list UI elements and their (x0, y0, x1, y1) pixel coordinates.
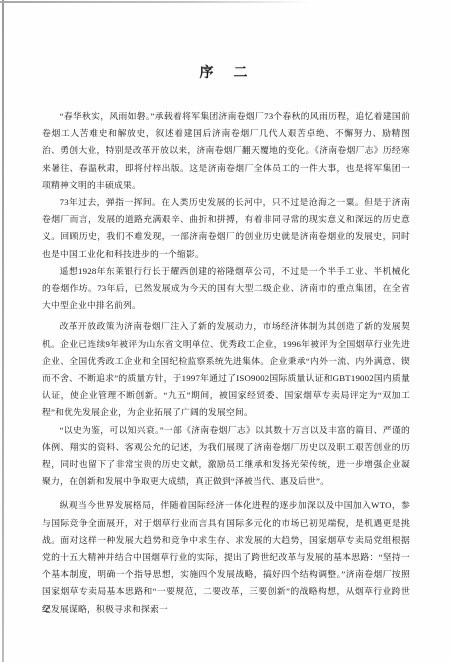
paragraph: 纵观当今世界发展格局，伴随着国际经济一体化进程的逐步加深以及中国加入WTO，参与… (42, 497, 410, 617)
scanned-book-page: { "page": { "title": "序 二", "number": "2… (0, 0, 450, 662)
preface-body: “春华秋实，风雨如磐。”承载着将军集团济南卷烟厂73个春秋的风雨历程，追忆着建国… (42, 108, 410, 618)
paragraph: 遥想1928年东莱银行行长于耀西创建的裕隆烟草公司，不过是一个半手工业、半机械化… (42, 263, 410, 315)
paragraph: “春华秋实，风雨如磐。”承载着将军集团济南卷烟厂73个春秋的风雨历程，追忆着建国… (42, 108, 410, 194)
paragraph: “以史为鉴，可以知兴衰。”一部《济南卷烟厂志》以其数十万言以及丰富的篇目、严谨的… (42, 422, 410, 491)
paragraph: 改革开放政策为济南卷烟厂注入了新的发展动力，市场经济体制为其创造了新的发展契机。… (42, 318, 410, 421)
page-number: 2 (44, 603, 50, 615)
scan-edge-left (2, 0, 4, 662)
page-title: 序 二 (0, 62, 450, 82)
paragraph: 73年过去，弹指一挥间。在人类历史发展的长河中，只不过是沧海之一粟。但是于济南卷… (42, 194, 410, 263)
scan-edge-top (0, 1, 310, 3)
page-background: 序 二 “春华秋实，风雨如磐。”承载着将军集团济南卷烟厂73个春秋的风雨历程，追… (0, 0, 450, 662)
